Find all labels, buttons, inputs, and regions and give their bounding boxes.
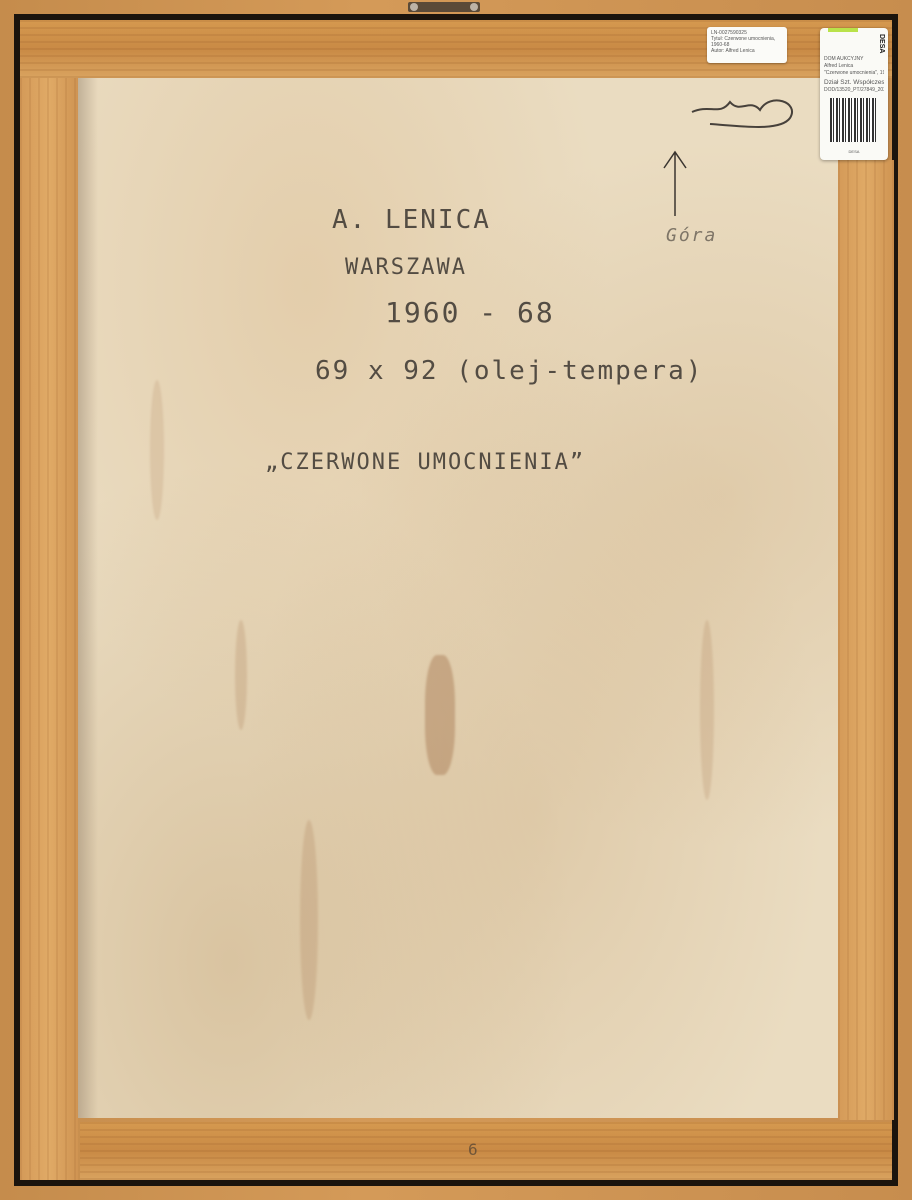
tag-artist: Alfred Lenica: [824, 63, 884, 69]
stain-mark: [300, 820, 318, 1020]
bar-number: 6: [468, 1140, 480, 1159]
stretcher-bar-left: [20, 78, 78, 1180]
years-inscription: 1960 - 68: [385, 296, 555, 329]
stretcher-bar-bottom: [80, 1122, 892, 1180]
stretcher-bar-right: [838, 160, 894, 1120]
title-inscription: „CZERWONE UMOCNIENIA”: [265, 450, 585, 475]
label-line: Tytuł: Czerwone umocnienia, 1960-68: [711, 36, 783, 48]
auction-house: DOM AUKCYJNY: [824, 56, 884, 62]
painting-back: 6 LN-0027590325 Tytuł: Czerwone umocnien…: [0, 0, 912, 1200]
canvas-shadow: [78, 78, 98, 1118]
barcode: [830, 98, 876, 142]
hanger-bracket: [408, 2, 480, 12]
label-line: Autor: Alfred Lenica: [711, 48, 783, 54]
tag-code: DOD/13520_PT/27849_2023/1: [824, 87, 884, 93]
tag-title: "Czerwone umocnienia", 1960-68: [824, 70, 884, 76]
stain-mark: [425, 655, 455, 775]
auction-tag: DESA DOM AUKCYJNY Alfred Lenica "Czerwon…: [820, 28, 888, 160]
artist-inscription: A. LENICA: [332, 205, 491, 235]
tag-department: Dział Szt. Współczesnej: [824, 79, 884, 86]
tag-footer: DESA: [820, 149, 888, 154]
stain-mark: [700, 620, 714, 800]
inventory-label: LN-0027590325 Tytuł: Czerwone umocnienia…: [707, 27, 787, 63]
frame-gap-bottom: [14, 1180, 898, 1186]
brand-logo: DESA: [878, 34, 885, 53]
stain-mark: [150, 380, 164, 520]
stain-mark: [235, 620, 247, 730]
city-inscription: WARSZAWA: [345, 255, 467, 280]
signature: [690, 92, 800, 139]
tape-strip: [828, 28, 858, 32]
orientation-word: Góra: [666, 225, 717, 246]
dimensions-inscription: 69 x 92 (olej-tempera): [315, 356, 703, 386]
up-arrow-icon: [660, 148, 690, 218]
signature-icon: [690, 92, 800, 132]
